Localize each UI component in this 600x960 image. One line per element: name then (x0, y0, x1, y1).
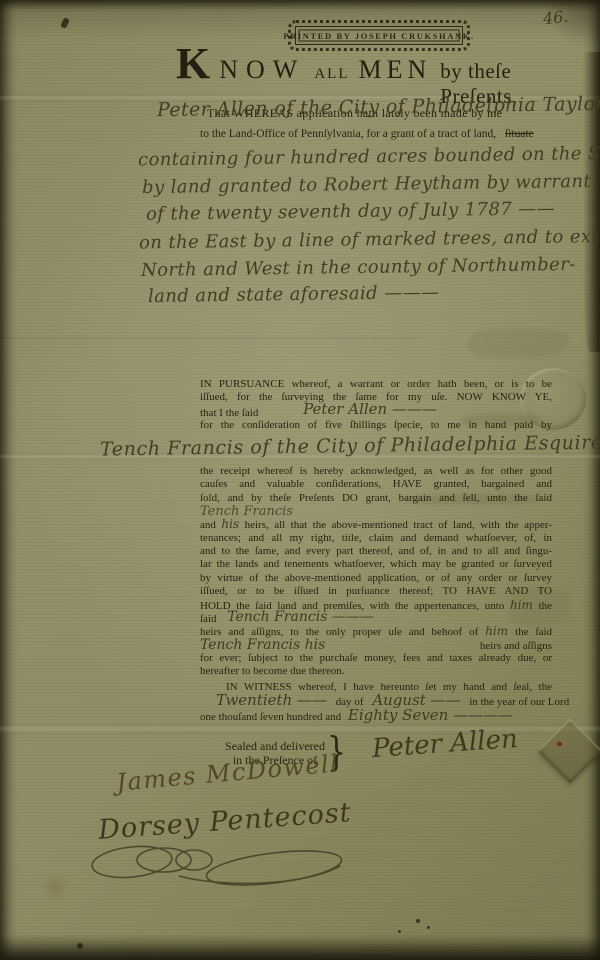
grant-line: iſſued, or to be iſſued in purſuance the… (200, 585, 552, 598)
said-printed: ſaid (200, 613, 217, 625)
deed-document-scan: 46. PRINTED BY JOSEPH CRUKSHANK. K NOW A… (0, 0, 600, 960)
pursuance-line-said: that I the ſaid Peter Allen ——— (200, 405, 552, 419)
folio-number: 46. (542, 7, 569, 29)
day-hw: Twentieth —— (216, 691, 327, 709)
pursuance-line: IN PURSUANCE whereof, a warrant or order… (200, 378, 552, 391)
land-description-line: land and state aforesaid ——— (148, 282, 440, 307)
grant-line: cauſes and valuable conſiderations, HAVE… (200, 478, 552, 491)
heirs-printed2: heirs, all that the above-mentioned trac… (245, 519, 552, 531)
witness-line3: one thouſand ſeven hundred and Eighty Se… (200, 709, 552, 724)
pen-flourish (84, 836, 346, 898)
drop-cap: K (176, 46, 210, 82)
grantee-heirs-hw: Tench Francis his (200, 639, 325, 652)
him-hw: him (485, 624, 508, 638)
land-description-line: on the East by a line of marked trees, a… (139, 226, 600, 254)
grantor-signature: Peter Allen (371, 724, 519, 764)
grant-line-heirs: and his heirs, all that the above-mentio… (200, 518, 552, 531)
grant-line: and to the ſame, and every part thereof,… (200, 545, 552, 558)
bleed-through-smudge (465, 328, 571, 358)
his-hw: his (221, 517, 239, 531)
pursuance-line: for the conſideration of five ſhillings … (200, 419, 552, 432)
ink-speck (416, 919, 420, 923)
land-office-text: to the Land-Office of Pennſylvania, for … (200, 128, 496, 140)
grantee-name-inline: Tench Francis ——— (227, 609, 374, 625)
printer-banner-text: PRINTED BY JOSEPH CRUKSHANK. (283, 31, 474, 41)
grant-line: the receipt whereof is hereby acknowledg… (200, 465, 552, 478)
grantor-name-inline: Peter Allen ——— (303, 400, 437, 418)
grantee-name-line: Tench Francis of the City of Philadelphi… (100, 431, 600, 460)
ink-speck (60, 17, 70, 29)
minor-crease (0, 337, 420, 339)
wax-speck (557, 742, 562, 746)
pursuance-paragraph: IN PURSUANCE whereof, a warrant or order… (200, 378, 552, 432)
grant-line-heirs-right: Tench Francis his heirs and aſſigns (200, 639, 552, 652)
land-description-line: of the twenty seventh day of July 1787 —… (146, 198, 555, 225)
grant-line: lar the lands and tenements whatſoever, … (200, 558, 552, 571)
heirs-printed1: and (200, 519, 216, 531)
printer-banner-frame: PRINTED BY JOSEPH CRUKSHANK. (295, 26, 463, 45)
heading-word-all: ALL (314, 66, 349, 83)
said-printed: that I the ſaid (200, 407, 258, 419)
embossed-diamond-seal-icon (537, 718, 600, 783)
grant-line: for ever; ſubject to the purchaſe money,… (200, 652, 552, 665)
grant-paragraph: the receipt whereof is hereby acknowledg… (200, 465, 552, 679)
ink-speck (427, 926, 430, 929)
ink-speck (77, 943, 83, 949)
heading-word-now: NOW (219, 55, 305, 85)
land-description-line: containing four hundred acres bounded on… (138, 142, 600, 170)
struck-word: ſituate (505, 128, 534, 140)
paper-stain (40, 874, 70, 900)
grantee-name-small: Tench Francis (200, 504, 293, 519)
land-description-line: by land granted to Robert Heytham by war… (142, 171, 591, 198)
hold-printed2: the (539, 600, 552, 612)
behoof-printed2: the ſaid (515, 626, 552, 638)
witness-clause: IN WITNESS whereof, I have hereunto ſet … (200, 681, 552, 724)
land-office-line: to the Land-Office of Pennſylvania, for … (200, 128, 534, 141)
heirs-assigns-printed: heirs and aſſigns (480, 640, 552, 653)
grant-line: by virtue of the above-mentioned applica… (200, 572, 552, 585)
grantee-inline-hw: Tench Francis (200, 505, 552, 518)
year-hw: Eighty Seven ———— (348, 706, 513, 724)
ink-speck (398, 930, 401, 933)
grant-line: tenances; and all my right, title, claim… (200, 532, 552, 545)
year-printed: one thouſand ſeven hundred and (200, 711, 341, 723)
grant-line-said: ſaid Tench Francis ——— (200, 612, 552, 625)
him-hw: him (510, 598, 533, 612)
land-description-line: North and West in the county of Northumb… (141, 254, 576, 281)
heading-word-men: MEN (359, 55, 432, 85)
grant-line: hereafter to become due thereon. (200, 665, 552, 678)
